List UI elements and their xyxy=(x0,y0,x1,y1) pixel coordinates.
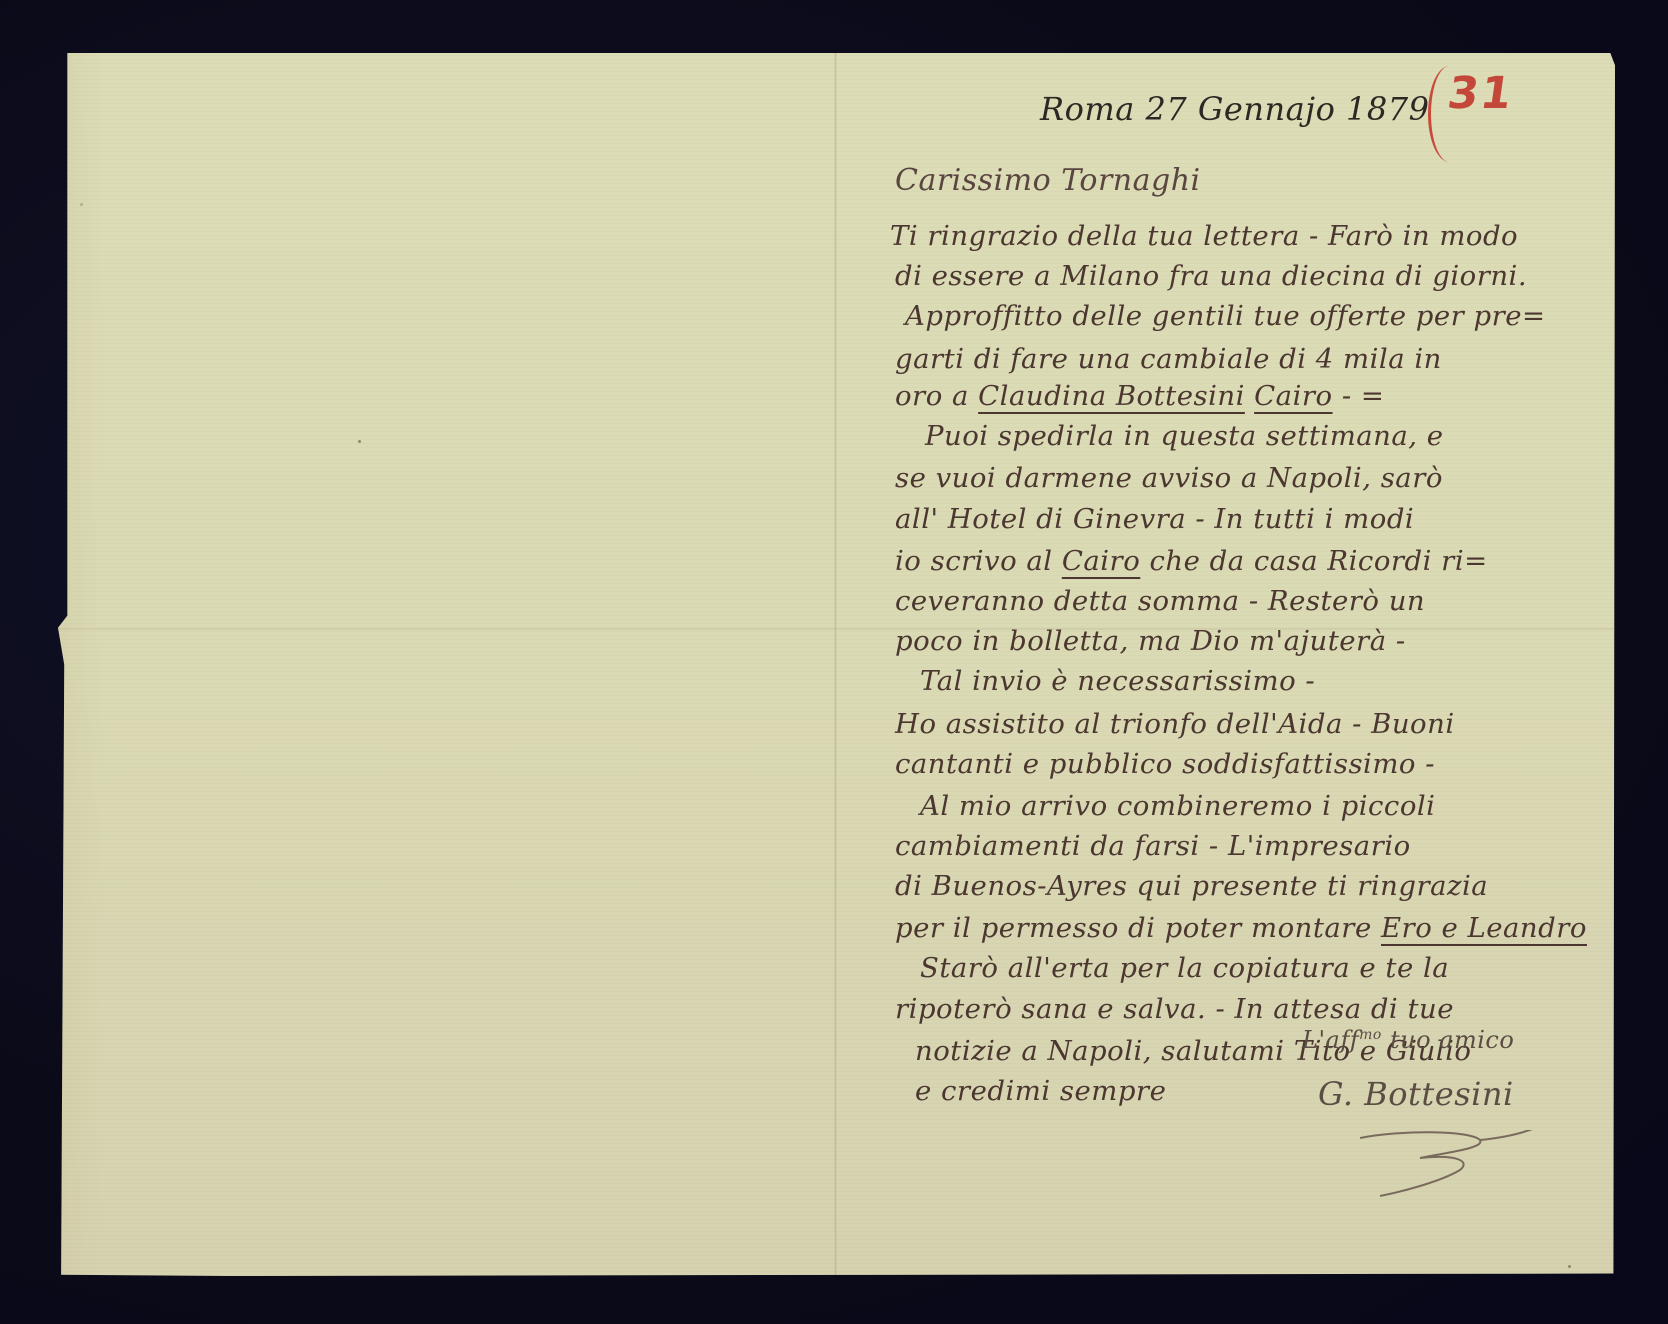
letter-line: all' Hotel di Ginevra - In tutti i modi xyxy=(895,503,1414,535)
underlined-phrase: Cairo xyxy=(1062,545,1140,577)
left-page-blank xyxy=(58,53,836,1276)
letter-line: cambiamenti da farsi - L'impresario xyxy=(895,830,1411,862)
letter-line: e credimi sempre xyxy=(915,1075,1166,1107)
letter-line: io scrivo al Cairo che da casa Ricordi r… xyxy=(895,545,1488,577)
letter-line: Ti ringrazio della tua lettera - Farò in… xyxy=(890,220,1518,252)
letter-line: garti di fare una cambiale di 4 mila in xyxy=(895,343,1442,375)
archive-number-stamp: 31 xyxy=(1428,62,1538,172)
paper-speck xyxy=(358,440,361,443)
letter-line: Approffitto delle gentili tue offerte pe… xyxy=(905,300,1546,332)
letter-line: Ho assistito al trionfo dell'Aida - Buon… xyxy=(895,708,1455,740)
underlined-phrase: Claudina Bottesini xyxy=(978,380,1245,412)
letter-line: poco in bolletta, ma Dio m'ajuterà - xyxy=(895,625,1406,657)
signature-flourish xyxy=(1360,1130,1540,1200)
center-fold-line xyxy=(834,53,837,1276)
letter-line: di essere a Milano fra una diecina di gi… xyxy=(895,260,1527,292)
underlined-phrase: Cairo xyxy=(1254,380,1332,412)
underlined-phrase: Ero e Leandro xyxy=(1381,912,1587,944)
closing: L'affmo tuo amico xyxy=(1302,1026,1514,1054)
letter-line: ceveranno detta somma - Resterò un xyxy=(895,585,1425,617)
letter-line: di Buenos-Ayres qui presente ti ringrazi… xyxy=(895,870,1488,902)
letter-line: Puoi spedirla in questa settimana, e xyxy=(925,420,1444,452)
letter-line: oro a Claudina Bottesini Cairo - = xyxy=(895,380,1384,412)
letter-line: Al mio arrivo combineremo i piccoli xyxy=(920,790,1435,822)
letter-line: cantanti e pubblico soddisfattissimo - xyxy=(895,748,1435,780)
paper-speck xyxy=(1568,1265,1571,1268)
paper-speck xyxy=(80,203,83,206)
letter-line: se vuoi darmene avviso a Napoli, sarò xyxy=(895,462,1443,494)
letter-line: Starò all'erta per la copiatura e te la xyxy=(920,952,1449,984)
letter-line: per il permesso di poter montare Ero e L… xyxy=(895,912,1587,944)
archive-number: 31 xyxy=(1444,68,1516,119)
closing-prefix: L'aff xyxy=(1302,1026,1359,1054)
letter-line: Tal invio è necessarissimo - xyxy=(920,665,1315,697)
letter-line: ripoterò sana e salva. - In attesa di tu… xyxy=(895,993,1454,1025)
date-line: Roma 27 Gennajo 1879 xyxy=(1040,90,1429,128)
signature: G. Bottesini xyxy=(1318,1075,1514,1113)
closing-text: tuo amico xyxy=(1390,1026,1514,1054)
closing-superscript: mo xyxy=(1359,1027,1382,1043)
salutation: Carissimo Tornaghi xyxy=(895,163,1201,198)
